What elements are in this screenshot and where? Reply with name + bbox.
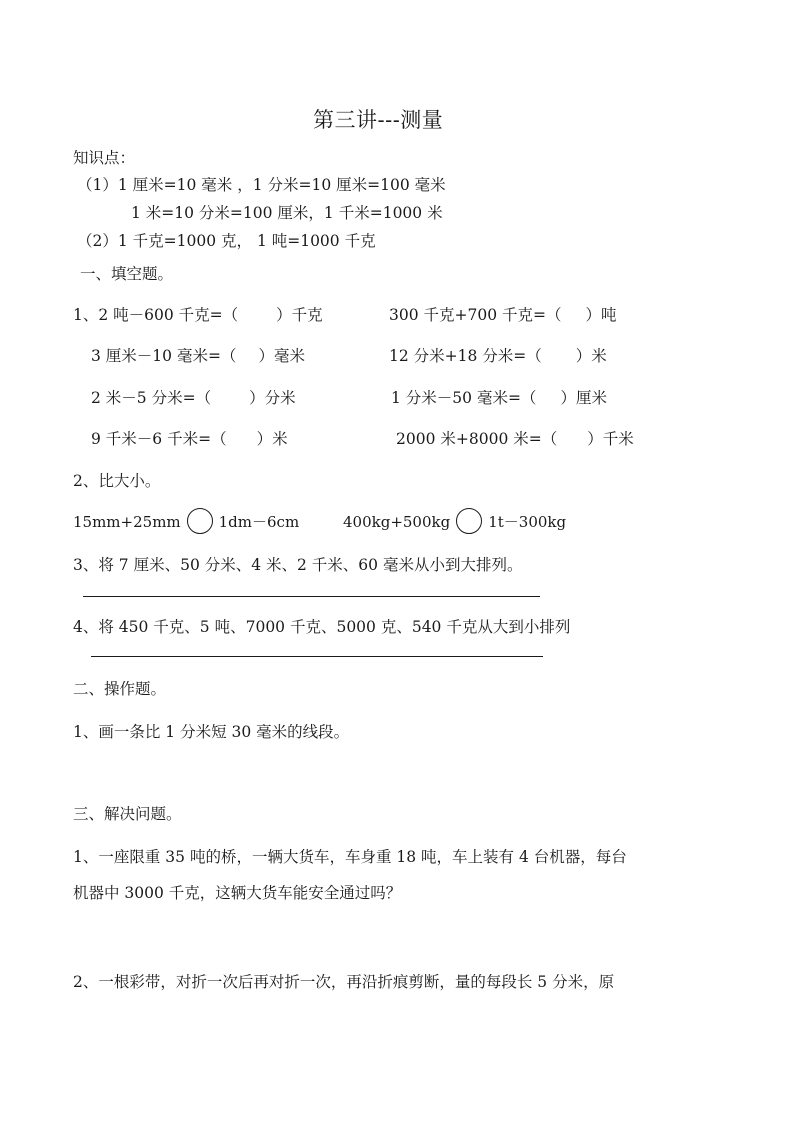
compare-item: 400kg+500kg1t－300kg bbox=[343, 510, 566, 536]
question-number: 1、 bbox=[73, 306, 98, 324]
knowledge-heading: 知识点： bbox=[73, 146, 135, 168]
fill-item: 3 厘米－10 毫米=（）毫米 bbox=[91, 344, 305, 366]
problem-1-line-1: 1、一座限重 35 吨的桥，一辆大货车，车身重 18 吨，车上装有 4 台机器，… bbox=[73, 845, 627, 867]
section2-heading: 二、操作题。 bbox=[73, 677, 166, 699]
fill-item: 300 千克+700 千克=（）吨 bbox=[389, 303, 617, 325]
section3-heading: 三、解决问题。 bbox=[73, 802, 182, 824]
knowledge-line-2: 1 米=10 分米=100 厘米，1 千米=1000 米 bbox=[131, 201, 443, 223]
answer-line[interactable] bbox=[91, 656, 543, 657]
compare-item: 15mm+25mm1dm－6cm bbox=[73, 510, 299, 536]
question-4-text: 4、将 450 千克、5 吨、7000 千克、5000 克、540 千克从大到小… bbox=[73, 615, 570, 637]
fill-item: 2 米－5 分米=（）分米 bbox=[91, 386, 296, 408]
problem-1-line-2: 机器中 3000 千克，这辆大货车能安全通过吗？ bbox=[73, 881, 401, 903]
operation-question-1: 1、画一条比 1 分米短 30 毫米的线段。 bbox=[73, 720, 349, 742]
fill-item: 1 分米－50 毫米=（）厘米 bbox=[391, 386, 607, 408]
fill-item: 12 分米+18 分米=（）米 bbox=[389, 344, 607, 366]
fill-item: 1、2 吨－600 千克=（）千克 bbox=[73, 303, 323, 325]
answer-line[interactable] bbox=[83, 596, 540, 597]
compare-circle[interactable] bbox=[187, 508, 213, 534]
question-3-text: 3、将 7 厘米、50 分米、4 米、2 千米、60 毫米从小到大排列。 bbox=[73, 553, 522, 575]
section1-heading: 一、填空题。 bbox=[80, 262, 173, 284]
problem-2-line-1: 2、一根彩带，对折一次后再对折一次，再沿折痕剪断，量的每段长 5 分米，原 bbox=[73, 970, 614, 992]
fill-item: 9 千米－6 千米=（）米 bbox=[91, 427, 288, 449]
compare-circle[interactable] bbox=[456, 508, 482, 534]
knowledge-line-3: （2）1 千克=1000 克， 1 吨=1000 千克 bbox=[77, 229, 376, 251]
page-title: 第三讲---测量 bbox=[313, 104, 443, 134]
knowledge-line-1: （1）1 厘米=10 毫米 ，1 分米=10 厘米=100 毫米 bbox=[77, 173, 446, 195]
fill-item: 2000 米+8000 米=（）千米 bbox=[396, 427, 634, 449]
question-2-text: 2、比大小。 bbox=[73, 469, 160, 491]
